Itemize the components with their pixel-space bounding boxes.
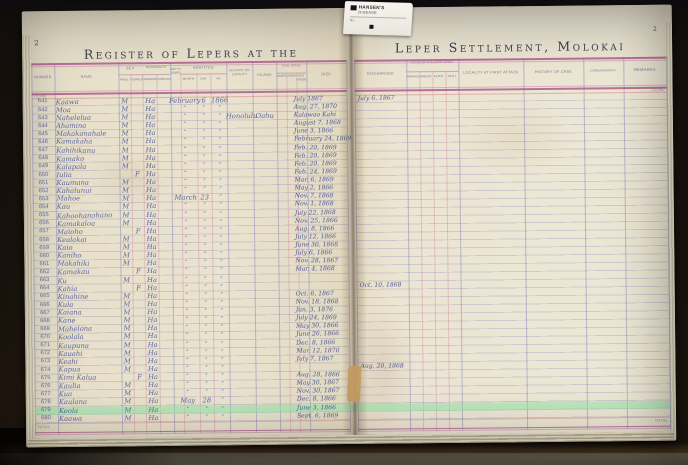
entry-admitted-day: 6 xyxy=(197,97,211,104)
col-lands-alien: Alien. xyxy=(432,75,445,79)
entry-sex-mark: M xyxy=(120,236,132,243)
col-sex: Sex xyxy=(118,66,142,71)
entry-admitted-year: ″ xyxy=(212,211,230,218)
entry-admitted-year: ″ xyxy=(211,130,229,137)
entry-admitted-year: ″ xyxy=(213,276,231,283)
entry-name: Kahoohanohano xyxy=(57,211,119,219)
entry-admitted-day: ″ xyxy=(200,406,214,413)
entry-sex-mark: F xyxy=(132,228,144,235)
entry-number: 650 xyxy=(33,173,53,179)
entry-name: Kahia xyxy=(58,285,120,293)
entry-sex-mark: M xyxy=(121,293,133,300)
entry-number: 644 xyxy=(33,124,53,130)
entry-nationality-mark: Ha xyxy=(145,268,158,275)
entry-admitted-year: ″ xyxy=(212,219,230,226)
entry-admitted-year: ″ xyxy=(211,121,229,128)
entry-admitted-year: ″ xyxy=(213,333,231,340)
col-district: District or Locality xyxy=(226,69,252,77)
entry-number: 670 xyxy=(35,335,55,341)
entry-sex-mark: M xyxy=(121,366,133,373)
entry-number: 647 xyxy=(33,148,53,154)
entry-nationality-mark: Ha xyxy=(144,171,157,178)
entry-admitted-day: 28 xyxy=(200,398,214,405)
entry-sex-mark: M xyxy=(120,253,132,260)
entry-nationality-mark: Ha xyxy=(147,415,160,422)
entry-number: 674 xyxy=(35,368,55,374)
entry-number: 661 xyxy=(34,262,54,268)
entry-admitted-day: ″ xyxy=(197,178,211,185)
entry-admitted-year: 1866 xyxy=(211,97,229,104)
entry-number: 646 xyxy=(33,140,53,146)
entry-number: 664 xyxy=(35,286,55,292)
entry-number: 651 xyxy=(34,181,54,187)
entry-admitted-day: ″ xyxy=(197,154,211,161)
entry-number: 675 xyxy=(36,376,56,382)
col-adm-yr: Yr. xyxy=(210,77,226,81)
entry-admitted-day: ″ xyxy=(198,187,212,194)
entry-sex-mark: M xyxy=(122,399,134,406)
entry-number: 652 xyxy=(34,189,54,195)
entry-admitted-day: ″ xyxy=(199,325,213,332)
entry-sex-mark: M xyxy=(120,277,132,284)
tab-subtitle: Disease xyxy=(358,10,384,15)
entry-sex-mark: M xyxy=(120,244,132,251)
entry-name: Kapua xyxy=(58,367,120,374)
col-sex-female: Female xyxy=(130,78,142,82)
entry-sex-mark: M xyxy=(121,309,133,316)
entry-admitted-day: ″ xyxy=(198,243,212,250)
entry-nationality-mark: Ha xyxy=(144,98,157,105)
entry-number: 645 xyxy=(33,132,53,138)
entry-number: 669 xyxy=(35,327,55,333)
page-number-left: 2 xyxy=(34,39,39,47)
entry-number: 677 xyxy=(36,392,56,398)
entry-discharged-date: Aug. 20, 1868 xyxy=(360,363,422,369)
entry-admitted-year: ″ xyxy=(212,186,230,193)
entry-admitted-year: ″ xyxy=(213,325,231,332)
entry-sex-mark: M xyxy=(119,155,131,162)
entry-name: Kamakaloa xyxy=(57,220,119,228)
entry-nationality-mark: Ha xyxy=(145,212,158,219)
col-admitted: Admitted xyxy=(180,65,226,70)
entry-nationality-mark: Ha xyxy=(144,179,157,186)
entry-admitted-year: ″ xyxy=(213,357,231,364)
entry-number: 678 xyxy=(36,400,56,406)
col-locality-first-attack: Locality at First Attack xyxy=(458,70,523,75)
entry-sex-mark: M xyxy=(122,407,134,414)
entry-admitted-day: ″ xyxy=(198,219,212,226)
entry-admitted-year: ″ xyxy=(212,203,230,210)
entry-name: Kahihikanu xyxy=(56,147,118,154)
entry-sex-mark: M xyxy=(119,98,131,105)
entry-number: 653 xyxy=(34,197,54,203)
entry-name: Nahelelua xyxy=(56,114,118,122)
entry-sex-mark: F xyxy=(131,171,143,178)
entry-admitted-day: ″ xyxy=(198,268,212,275)
entry-admitted-year: ″ xyxy=(212,243,230,250)
entry-sex-mark: M xyxy=(120,187,132,194)
entry-admitted-year: ″ xyxy=(212,268,230,275)
entry-number: 662 xyxy=(34,270,54,276)
entry-admitted-day: ″ xyxy=(199,317,213,324)
entry-name: Kaawa xyxy=(56,98,118,106)
page-title-left: Register of Lepers at the xyxy=(51,44,331,62)
entry-nationality-mark: Ha xyxy=(146,374,159,381)
col-consanguinity: Consanguinity xyxy=(583,69,623,73)
entry-admitted-year: ″ xyxy=(214,381,232,388)
entry-sex-mark: M xyxy=(121,342,133,349)
entry-admitted-day: ″ xyxy=(197,146,211,153)
entry-admitted-year: ″ xyxy=(211,178,229,185)
col-lands-rent: Rent xyxy=(445,75,458,79)
entry-number: 665 xyxy=(35,294,55,300)
entry-number: 642 xyxy=(33,108,53,114)
entry-sex-mark: M xyxy=(121,334,133,341)
entry-admitted-day: ″ xyxy=(200,414,214,421)
entry-nationality-mark: Ha xyxy=(144,155,157,162)
entry-name: Kamako xyxy=(56,155,118,163)
entry-nationality-mark: Ha xyxy=(146,350,159,357)
entry-name: Kinahine xyxy=(58,293,120,300)
entry-sex-mark: M xyxy=(119,139,131,146)
entry-nationality-mark: Ha xyxy=(144,106,157,113)
entry-admitted-day: ″ xyxy=(197,122,211,129)
entry-sex-mark: M xyxy=(120,204,132,211)
entry-nationality-mark: Ha xyxy=(144,163,157,170)
entry-sex-mark: M xyxy=(119,114,131,121)
entry-nationality-mark: Ha xyxy=(145,236,158,243)
photo-of-register-ledger: 2 2 Register of Lepers at the Leper Sett… xyxy=(0,0,688,465)
entry-admitted-year: ″ xyxy=(212,195,230,202)
entry-admitted-day: ″ xyxy=(199,341,213,348)
entry-admitted-year: ″ xyxy=(213,300,231,307)
entry-nationality-mark: Ha xyxy=(146,342,159,349)
entry-sex-mark: M xyxy=(120,212,132,219)
col-lands-where: Where xyxy=(419,75,432,79)
entry-admitted-day: ″ xyxy=(198,260,212,267)
entry-number: 643 xyxy=(33,116,53,122)
entry-number: 680 xyxy=(36,416,56,422)
entry-number: 654 xyxy=(34,205,54,211)
entry-admitted-year: ″ xyxy=(212,260,230,267)
entry-sex-mark: M xyxy=(120,220,132,227)
page-title-right: Leper Settlement, Molokai xyxy=(390,38,630,56)
col-nat-hawaiian: Hawaiian xyxy=(142,78,156,82)
entry-number: 668 xyxy=(35,319,55,325)
entry-name: Kaawa xyxy=(59,415,121,422)
entry-admitted-year: ″ xyxy=(213,292,231,299)
entry-nationality-mark: Ha xyxy=(145,244,158,251)
entry-nationality-mark: Ha xyxy=(146,285,159,292)
entry-admitted-day: ″ xyxy=(199,292,213,299)
entry-nationality-mark: Ha xyxy=(146,358,159,365)
entry-admitted-day: ″ xyxy=(200,373,214,380)
entry-number: 666 xyxy=(35,303,55,309)
entry-sex-mark: F xyxy=(134,374,146,381)
entry-sex-mark: F xyxy=(132,268,144,275)
entry-admitted-year: ″ xyxy=(212,227,230,234)
page-number-right: 2 xyxy=(653,26,657,33)
col-civil-unmarried: Unmarried xyxy=(286,75,296,79)
entry-admitted-day: ″ xyxy=(199,276,213,283)
entry-name: Kamakaha xyxy=(56,139,118,146)
entry-admitted-year: ″ xyxy=(214,390,232,397)
entry-sex-mark: M xyxy=(119,147,131,154)
entry-nationality-mark: Ha xyxy=(147,407,160,414)
entry-admitted-year: ″ xyxy=(211,146,229,153)
entry-admitted-year: ″ xyxy=(212,235,230,242)
entry-nationality-mark: Ha xyxy=(146,333,159,340)
entry-admitted-day: ″ xyxy=(198,235,212,242)
entry-name: Keola xyxy=(59,407,121,414)
entry-island: Oahu xyxy=(252,113,278,120)
entry-name: Kimi Kalua xyxy=(59,375,121,382)
entry-number: 679 xyxy=(36,408,56,414)
total-label-bottom-left: Total xyxy=(37,425,50,429)
entry-admitted-year: ″ xyxy=(212,251,230,258)
entry-name: Ku xyxy=(57,277,119,285)
col-civil-notknown: Not Known xyxy=(296,74,306,82)
entry-admitted-year: ″ xyxy=(213,284,231,291)
col-remarks: Remarks xyxy=(623,67,666,72)
entry-admitted-day: ″ xyxy=(197,162,211,169)
entry-admitted-day: ″ xyxy=(197,170,211,177)
entry-number: 673 xyxy=(35,359,55,365)
entry-admitted-day: 23 xyxy=(198,195,212,202)
entry-nationality-mark: Ha xyxy=(147,398,160,405)
entry-name: Kaio xyxy=(57,245,119,252)
total-label-bottom-right: Total xyxy=(640,419,668,423)
entry-admitted-day: ″ xyxy=(200,382,214,389)
entry-nationality-mark: Ha xyxy=(145,203,158,210)
entry-admitted-year: ″ xyxy=(211,138,229,145)
entry-number: 663 xyxy=(35,278,55,284)
entry-nationality-mark: Ha xyxy=(146,301,159,308)
entry-admitted-year: ″ xyxy=(214,398,232,405)
col-civil-married: Married xyxy=(276,75,286,79)
entry-sex-mark: M xyxy=(119,122,131,129)
entry-admitted-day: ″ xyxy=(197,105,211,112)
entry-name: Kaiana xyxy=(58,310,120,317)
entry-number: 649 xyxy=(33,164,53,170)
entry-admitted-day: ″ xyxy=(199,357,213,364)
entry-number: 656 xyxy=(34,221,54,227)
entry-admitted-day: ″ xyxy=(197,113,211,120)
entry-number: 676 xyxy=(36,384,56,390)
entry-admitted-day: ″ xyxy=(199,284,213,291)
entry-sex-mark: M xyxy=(119,106,131,113)
col-nat-foreigner: Foreigner xyxy=(156,78,170,82)
entry-admitted-day: ″ xyxy=(198,211,212,218)
entry-discharged-date: July 6, 1867 xyxy=(358,95,420,102)
entry-admitted-year: ″ xyxy=(214,414,232,421)
entry-nationality-mark: Ha xyxy=(144,114,157,121)
entry-name: Kaupuna xyxy=(58,342,120,350)
entry-sex-mark: M xyxy=(119,163,131,170)
entry-nationality-mark: Ha xyxy=(146,366,159,373)
entry-name: Kalapala xyxy=(56,163,118,171)
col-history-of-case: History of Case xyxy=(523,70,583,75)
entry-discharged-date: Oct. 10, 1868 xyxy=(360,282,422,289)
entry-admitted-day: ″ xyxy=(199,308,213,315)
entry-admitted-year: ″ xyxy=(213,349,231,356)
col-number: Number xyxy=(31,75,54,80)
entry-admitted-year: ″ xyxy=(213,308,231,315)
entry-number: 658 xyxy=(34,238,54,244)
entry-number: 667 xyxy=(35,311,55,317)
entry-district: Honolulu xyxy=(226,113,254,120)
entry-admitted-year: ″ xyxy=(213,365,231,372)
entry-number: 671 xyxy=(35,343,55,349)
col-island: Island xyxy=(252,73,276,78)
entry-sex-mark: M xyxy=(122,415,134,422)
entry-admitted-day: ″ xyxy=(200,390,214,397)
entry-nationality-mark: Ha xyxy=(144,146,157,153)
col-sex-male: Male xyxy=(118,78,130,82)
entry-name: Kula xyxy=(58,301,120,308)
entry-number: 657 xyxy=(34,229,54,235)
tab-note: No. xyxy=(344,18,412,24)
entry-admitted-day: ″ xyxy=(199,349,213,356)
entry-number: 672 xyxy=(35,351,55,357)
entry-nationality-mark: Ha xyxy=(145,220,158,227)
tab-black-square-icon xyxy=(350,5,356,10)
entry-name: Keahi xyxy=(58,358,120,365)
entry-admitted-day: ″ xyxy=(198,227,212,234)
entry-sex-mark: F xyxy=(133,285,145,292)
entry-name: Kau xyxy=(57,204,119,211)
entry-number: 659 xyxy=(34,246,54,252)
entry-admitted-day: ″ xyxy=(197,130,211,137)
entry-admitted-year: ″ xyxy=(211,154,229,161)
entry-sex-mark: M xyxy=(119,179,131,186)
entry-name: Kealakai xyxy=(57,236,119,243)
entry-number: 660 xyxy=(34,254,54,260)
entry-admitted-year: ″ xyxy=(214,406,232,413)
entry-nationality-mark: Ha xyxy=(144,138,157,145)
col-lands-awarded: Awarded xyxy=(406,75,419,79)
entry-admitted-day: ″ xyxy=(199,333,213,340)
entry-number: 648 xyxy=(33,156,53,162)
entry-admitted-day: ″ xyxy=(198,203,212,210)
entry-nationality-mark: Ha xyxy=(145,228,158,235)
book-gutter xyxy=(338,8,368,435)
col-adm-month: Month xyxy=(180,78,196,82)
entry-sex-mark: M xyxy=(121,350,133,357)
entry-nationality-mark: Ha xyxy=(146,277,159,284)
tab-punch-hole xyxy=(369,25,373,29)
entry-admitted-day: ″ xyxy=(198,252,212,259)
entry-nationality-mark: Ha xyxy=(147,382,160,389)
entry-number: 641 xyxy=(33,99,53,105)
entry-sex-mark: M xyxy=(121,317,133,324)
entry-admitted-day: ″ xyxy=(199,365,213,372)
entry-name: Iulia xyxy=(56,171,118,179)
entry-admitted-year: ″ xyxy=(213,341,231,348)
entry-number: 655 xyxy=(34,213,54,219)
entry-sex-mark: M xyxy=(121,301,133,308)
entry-admitted-year: ″ xyxy=(214,373,232,380)
col-civil-state: Civil State xyxy=(276,64,306,68)
entry-admitted-year: ″ xyxy=(211,170,229,177)
entry-nationality-mark: Ha xyxy=(146,293,159,300)
col-nationality: Nationality xyxy=(142,66,170,70)
entry-admitted-year: ″ xyxy=(211,162,229,169)
entry-admitted-day: ″ xyxy=(197,138,211,145)
col-name: Name xyxy=(54,74,118,79)
row-lines xyxy=(355,92,670,420)
entry-nationality-mark: Ha xyxy=(146,309,159,316)
entry-admitted-year: ″ xyxy=(213,316,231,323)
entry-name: Maioho xyxy=(57,228,119,236)
entry-admitted-year: ″ xyxy=(211,105,229,112)
ledger-book: 2 2 Register of Lepers at the Leper Sett… xyxy=(22,5,677,448)
entry-admitted-day: ″ xyxy=(199,300,213,307)
col-adm-day: Day xyxy=(196,77,210,81)
entry-sex-mark: M xyxy=(121,358,133,365)
entry-name: Kauahi xyxy=(58,350,120,357)
entry-sex-mark: M xyxy=(120,261,132,268)
archive-tab: Hansen's Disease No. xyxy=(343,1,413,36)
